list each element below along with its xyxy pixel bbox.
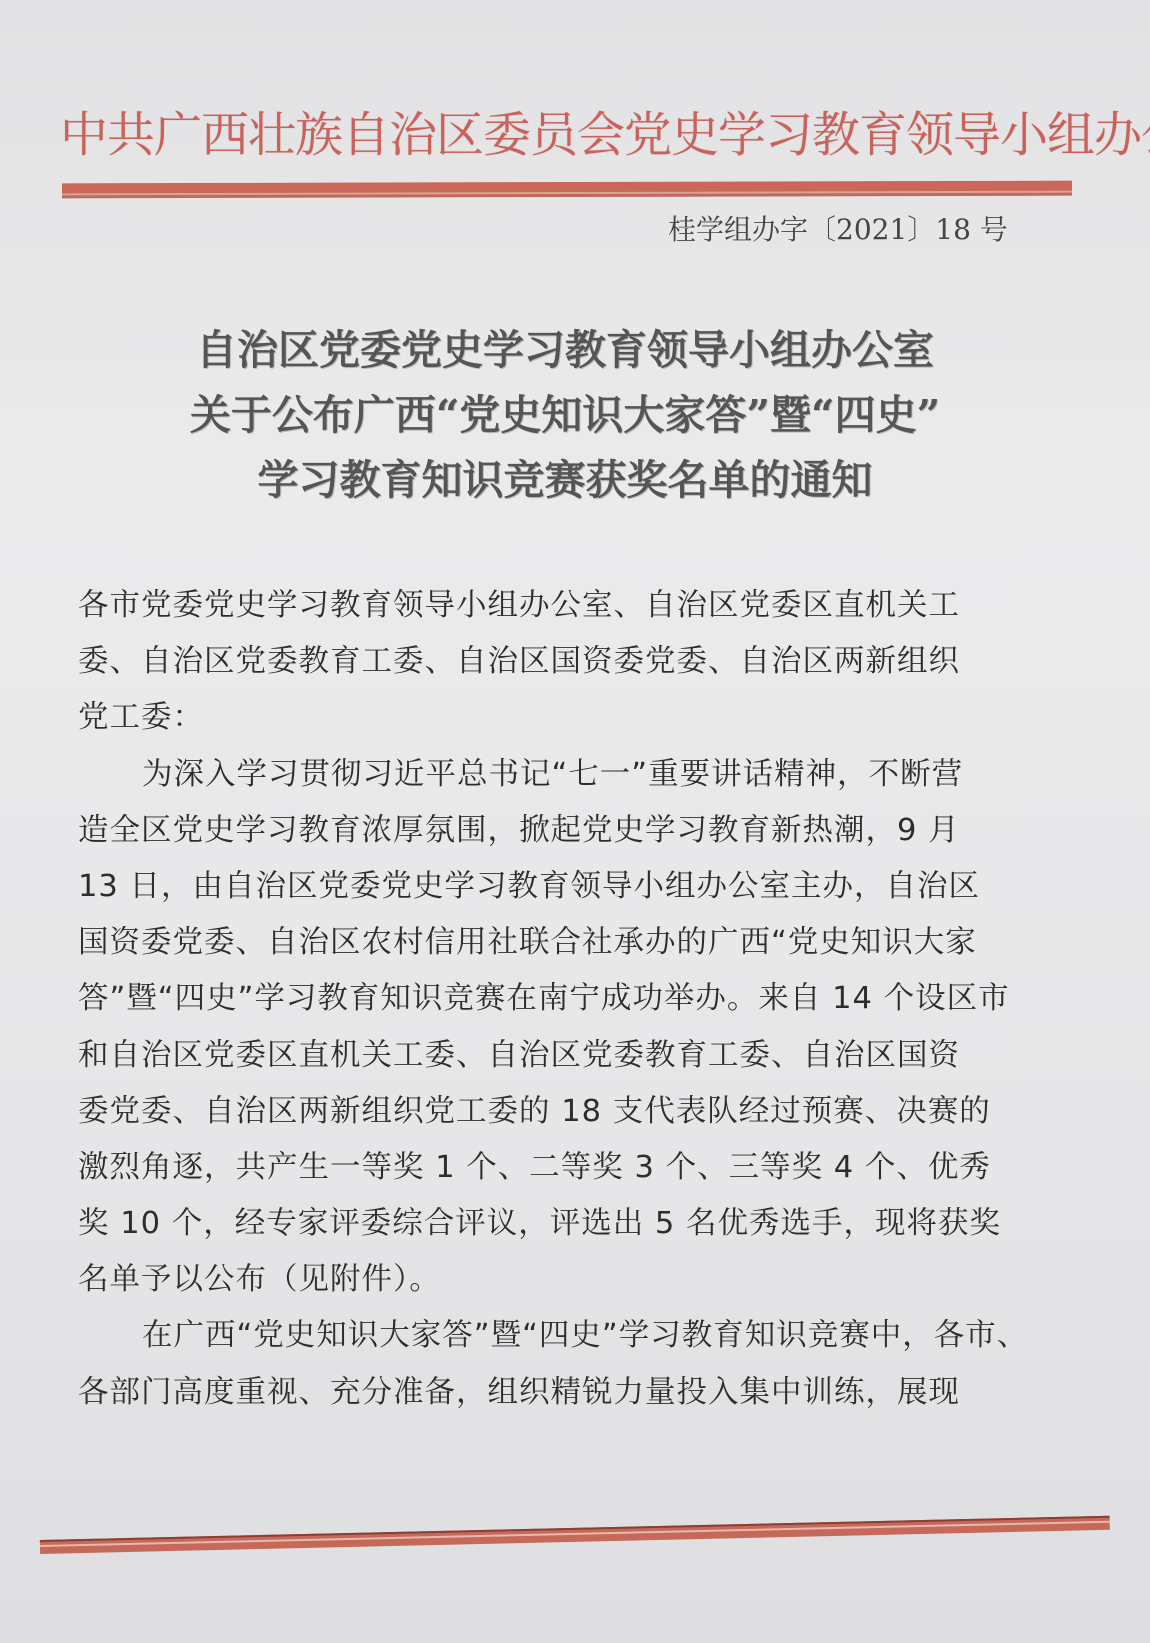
body-line: 国资委党委、自治区农村信用社联合社承办的广西“党史知识大家 [78, 915, 1048, 971]
document-title: 自治区党委党史学习教育领导小组办公室 关于公布广西“党史知识大家答”暨“四史” … [90, 318, 1040, 513]
title-line-3: 学习教育知识竞赛获奖名单的通知 [90, 448, 1040, 513]
body-line: 13 日，由自治区党委党史学习教育领导小组办公室主办，自治区 [78, 859, 1048, 915]
body-line: 在广西“党史知识大家答”暨“四史”学习教育知识竞赛中，各市、 [78, 1308, 1048, 1364]
title-line-2: 关于公布广西“党史知识大家答”暨“四史” [90, 383, 1040, 448]
body-line: 答”暨“四史”学习教育知识竞赛在南宁成功举办。来自 14 个设区市 [78, 971, 1048, 1027]
body-line: 委党委、自治区两新组织党工委的 18 支代表队经过预赛、决赛的 [78, 1084, 1048, 1140]
body-line: 造全区党史学习教育浓厚氛围，掀起党史学习教育新热潮，9 月 [78, 803, 1048, 859]
body-line: 各市党委党史学习教育领导小组办公室、自治区党委区直机关工 [78, 578, 1048, 634]
issuing-organization-header: 中共广西壮族自治区委员会党史学习教育领导小组办公室 [60, 96, 1070, 165]
body-line: 各部门高度重视、充分准备，组织精锐力量投入集中训练，展现 [78, 1365, 1048, 1421]
red-footer-rule [40, 1516, 1110, 1554]
body-line: 奖 10 个，经专家评委综合评议，评选出 5 名优秀选手，现将获奖 [78, 1196, 1048, 1252]
title-line-1: 自治区党委党史学习教育领导小组办公室 [90, 318, 1040, 383]
body-line: 为深入学习贯彻习近平总书记“七一”重要讲话精神，不断营 [78, 747, 1048, 803]
body-line: 名单予以公布（见附件）。 [78, 1252, 1048, 1308]
body-line: 委、自治区党委教育工委、自治区国资委党委、自治区两新组织 [78, 634, 1048, 690]
red-header-rule [62, 181, 1072, 196]
document-page: 中共广西壮族自治区委员会党史学习教育领导小组办公室 桂学组办字〔2021〕18 … [0, 0, 1150, 1643]
body-line: 和自治区党委区直机关工委、自治区党委教育工委、自治区国资 [78, 1028, 1048, 1084]
document-number: 桂学组办字〔2021〕18 号 [668, 208, 1008, 248]
document-body: 各市党委党史学习教育领导小组办公室、自治区党委区直机关工 委、自治区党委教育工委… [78, 578, 1048, 1421]
body-line: 党工委： [78, 690, 1048, 746]
body-line: 激烈角逐，共产生一等奖 1 个、二等奖 3 个、三等奖 4 个、优秀 [78, 1140, 1048, 1196]
